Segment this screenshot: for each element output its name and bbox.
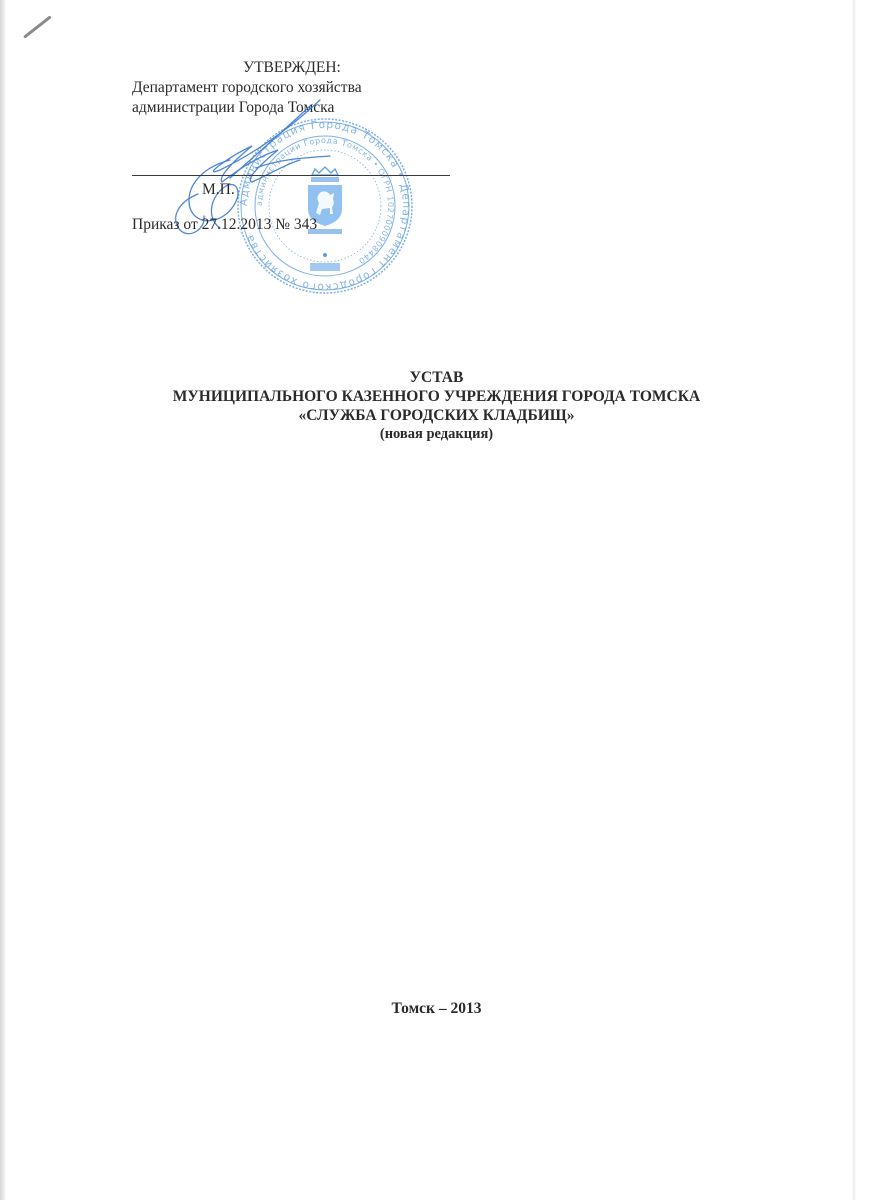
scan-edge-right bbox=[852, 0, 856, 1200]
signature-line bbox=[132, 175, 450, 176]
document-title: УСТАВ МУНИЦИПАЛЬНОГО КАЗЕННОГО УЧРЕЖДЕНИ… bbox=[0, 368, 873, 444]
order-reference: Приказ от 27.12.2013 № 343 bbox=[132, 216, 317, 234]
approval-heading: УТВЕРЖДЕН: bbox=[132, 58, 462, 78]
approval-department: Департамент городского хозяйства bbox=[132, 78, 462, 98]
pen-mark bbox=[23, 15, 52, 38]
place-and-year: Томск – 2013 bbox=[0, 1000, 873, 1018]
title-service-name: «СЛУЖБА ГОРОДСКИХ КЛАДБИЩ» bbox=[0, 406, 873, 425]
scan-edge-left bbox=[0, 0, 6, 1200]
title-charter: УСТАВ bbox=[0, 368, 873, 387]
title-edition: (новая редакция) bbox=[0, 425, 873, 444]
title-institution: МУНИЦИПАЛЬНОГО КАЗЕННОГО УЧРЕЖДЕНИЯ ГОРО… bbox=[0, 387, 873, 406]
seal-place-label: М.П. bbox=[202, 181, 235, 199]
